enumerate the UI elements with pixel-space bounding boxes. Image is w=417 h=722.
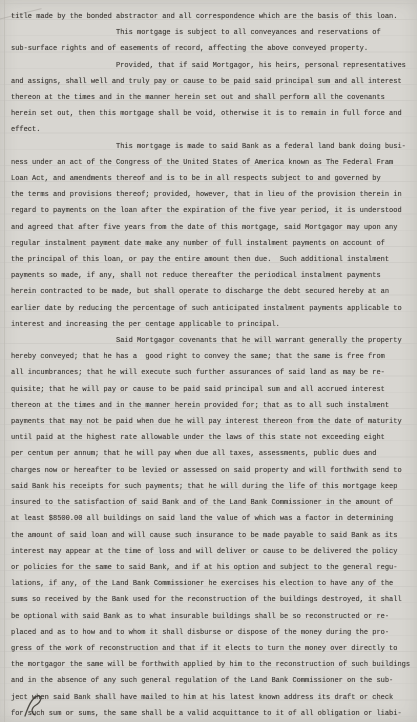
text-line: and in the absence of any such general r…	[11, 673, 411, 689]
text-line: Loan Act, and amendments thereof and is …	[11, 171, 411, 187]
text-line: per centum per annum; that he will pay w…	[11, 446, 411, 462]
text-line: sums so received by the Bank used for th…	[11, 592, 411, 608]
text-line: placed and as to how and to whom it shal…	[11, 625, 411, 641]
text-line: quisite; that he will pay or cause to be…	[11, 382, 411, 398]
text-line: the terms and provisions thereof; provid…	[11, 187, 411, 203]
text-line: and assigns, shall well and truly pay or…	[11, 74, 411, 90]
text-line: gress of the work of reconstruction and …	[11, 641, 411, 657]
text-line: This mortgage is subject to all conveyan…	[11, 25, 411, 41]
text-line: the amount of said loan and will cause s…	[11, 528, 411, 544]
text-line: charges now or hereafter to be levied or…	[11, 463, 411, 479]
text-line: the principal of this loan, or pay the e…	[11, 252, 411, 268]
text-line: effect.	[11, 122, 411, 138]
text-line: or policies for the same to said Bank, a…	[11, 560, 411, 576]
text-line: until paid at the highest rate allowable…	[11, 430, 411, 446]
text-line: payments that may not be paid when due h…	[11, 414, 411, 430]
text-line: ject when said Bank shall have mailed to…	[11, 690, 411, 706]
text-line: thereon at the times and in the manner h…	[11, 90, 411, 106]
text-line: herein contracted to be made, but shall …	[11, 284, 411, 300]
text-line: herein set out, then this mortgage shall…	[11, 106, 411, 122]
text-line: said Bank his receipts for such payments…	[11, 479, 411, 495]
text-line: regular instalment payment date make any…	[11, 236, 411, 252]
text-line: insured to the satisfaction of said Bank…	[11, 495, 411, 511]
text-line: and agreed that after five years from th…	[11, 220, 411, 236]
document-text: title made by the bonded abstractor and …	[11, 9, 411, 722]
text-line: for such sum or sums, the same shall be …	[11, 706, 411, 722]
text-line: all incumbrances; that he will execute s…	[11, 365, 411, 381]
text-line: at least $8500.00 all buildings on said …	[11, 511, 411, 527]
text-line: This mortgage is made to said Bank as a …	[11, 139, 411, 155]
text-line: thereon at the times and in the manner h…	[11, 398, 411, 414]
text-line: the mortgagor the same will be forthwith…	[11, 657, 411, 673]
text-line: earlier date by reducing the percentage …	[11, 301, 411, 317]
left-margin-line	[4, 0, 5, 722]
text-line: regard to payments on the loan after the…	[11, 203, 411, 219]
text-line: lations, if any, of the Land Bank Commis…	[11, 576, 411, 592]
text-line: interest and increasing the per centage …	[11, 317, 411, 333]
text-line: Provided, that if said Mortgagor, his he…	[11, 58, 411, 74]
text-line: ness under an act of the Congress of the…	[11, 155, 411, 171]
text-line: interest may appear at the time of loss …	[11, 544, 411, 560]
text-line: hereby conveyed; that he has a good righ…	[11, 349, 411, 365]
text-line: title made by the bonded abstractor and …	[11, 9, 411, 25]
text-line: sub-surface rights and of easements of r…	[11, 41, 411, 57]
text-line: payments so made, if any, shall not redu…	[11, 268, 411, 284]
text-line: be optional with said Bank as to what in…	[11, 609, 411, 625]
document-page: title made by the bonded abstractor and …	[0, 0, 417, 722]
text-line: Said Mortgagor covenants that he will wa…	[11, 333, 411, 349]
